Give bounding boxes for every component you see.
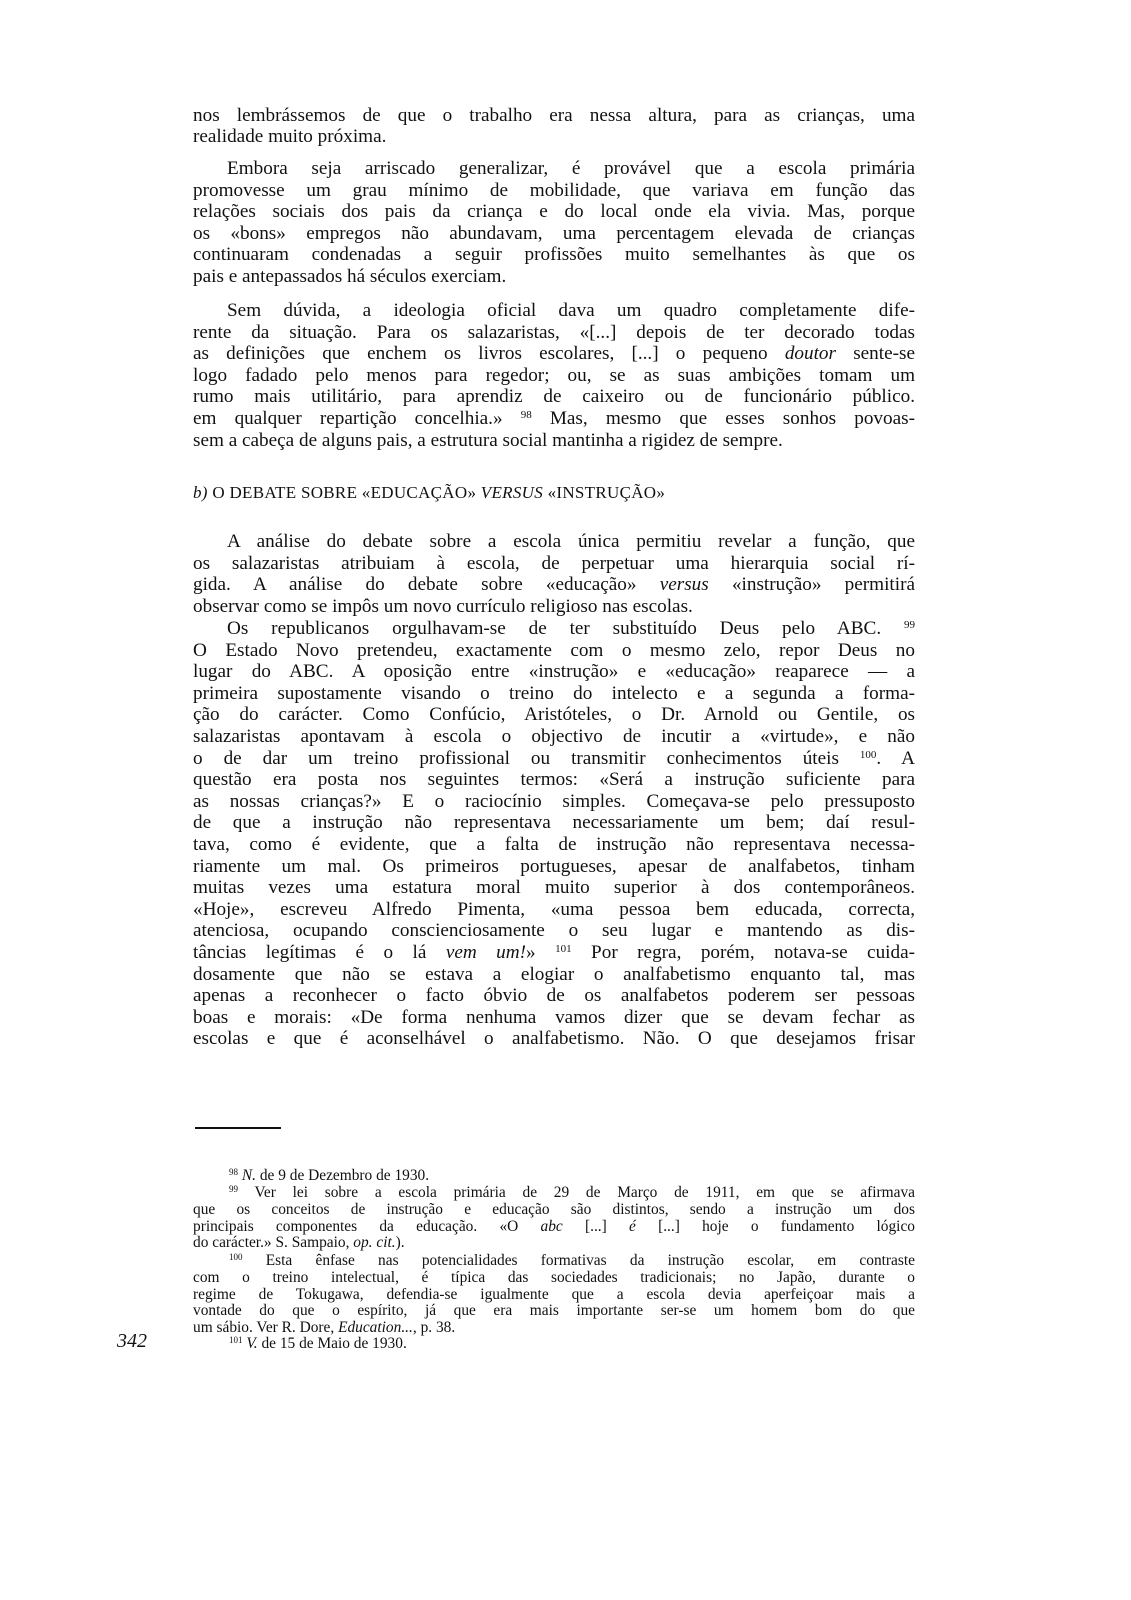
text-segment: . A bbox=[876, 748, 915, 769]
text-segment: Esta ênfase nas potencialidades formativ… bbox=[243, 1252, 916, 1269]
text-segment: Ver lei sobre a escola primária de 29 de… bbox=[238, 1184, 915, 1201]
text-line: relações sociais dos pais da criança e d… bbox=[193, 201, 915, 223]
text-segment: Por regra, porém, notava-se cuida- bbox=[572, 942, 915, 963]
italic-term: abc bbox=[541, 1218, 563, 1235]
footnote-line: 101 V. de 15 de Maio de 1930. bbox=[193, 1336, 915, 1353]
footnote-line: 100 Esta ênfase nas potencialidades form… bbox=[193, 1253, 915, 1270]
text-line: muitas vezes uma estatura moral muito su… bbox=[193, 877, 915, 899]
text-segment: em qualquer repartição concelhia.» bbox=[193, 408, 521, 429]
heading-italic: VERSUS bbox=[481, 483, 543, 502]
text-line: escolas e que é aconselhável o analfabet… bbox=[193, 1028, 915, 1050]
text-line: logo fadado pelo menos para regedor; ou,… bbox=[193, 365, 915, 387]
footnote-number: 100 bbox=[229, 1252, 243, 1262]
paragraph-continuation-end: realidade muito próxima. bbox=[193, 126, 915, 148]
text-line: de que a instrução não representava nece… bbox=[193, 812, 915, 834]
text-line: continuaram condenadas a seguir profissõ… bbox=[193, 244, 915, 266]
footnote-line: do carácter.» S. Sampaio, op. cit.). bbox=[193, 1235, 915, 1252]
footnote-ref-101[interactable]: 101 bbox=[555, 943, 572, 955]
document-page: nos lembrássemos de que o trabalho era n… bbox=[0, 0, 1131, 1600]
text-line: rumo mais utilitário, para aprendiz de c… bbox=[193, 386, 915, 408]
text-line: riamente um mal. Os primeiros portuguese… bbox=[193, 856, 915, 878]
paragraph-continuation: nos lembrássemos de que o trabalho era n… bbox=[193, 105, 915, 127]
text-segment: do carácter.» S. Sampaio, bbox=[193, 1234, 353, 1251]
italic-term: op. cit. bbox=[353, 1234, 395, 1251]
italic-term: doutor bbox=[785, 343, 836, 364]
footnote-line: regime de Tokugawa, defendia-se igualmen… bbox=[193, 1287, 915, 1304]
text-line: O Estado Novo pretendeu, exactamente com… bbox=[193, 640, 915, 662]
footnote-line: principais componentes da educação. «O a… bbox=[193, 1219, 915, 1236]
text-line: rente da situação. Para os salazaristas,… bbox=[193, 322, 915, 344]
text-line: realidade muito próxima. bbox=[193, 126, 915, 148]
text-line: os «bons» empregos não abundavam, uma pe… bbox=[193, 223, 915, 245]
italic-term: N. bbox=[242, 1167, 256, 1184]
text-segment: sente-se bbox=[836, 343, 915, 364]
text-line: lugar do ABC. A oposição entre «instruçã… bbox=[193, 661, 915, 683]
text-segment: » bbox=[526, 942, 555, 963]
text-line: questão era posta nos seguintes termos: … bbox=[193, 769, 915, 791]
text-line: observar como se impôs um novo currículo… bbox=[193, 596, 915, 618]
footnote-number: 101 bbox=[229, 1335, 243, 1345]
text-line: «Hoje», escreveu Alfredo Pimenta, «uma p… bbox=[193, 899, 915, 921]
text-segment: um sábio. Ver R. Dore, bbox=[193, 1319, 338, 1336]
text-line: dosamente que não se estava a elogiar o … bbox=[193, 964, 915, 986]
page-number: 342 bbox=[117, 1330, 147, 1353]
italic-term: vem um! bbox=[446, 942, 526, 963]
text-line: as definições que enchem os livros escol… bbox=[193, 343, 915, 365]
text-line: boas e morais: «De forma nenhuma vamos d… bbox=[193, 1007, 915, 1029]
paragraph-analise: A análise do debate sobre a escola única… bbox=[193, 531, 915, 617]
footnote-ref-99[interactable]: 99 bbox=[904, 619, 915, 631]
text-line: primeira supostamente visando o treino d… bbox=[193, 683, 915, 705]
footnote-99: 99 Ver lei sobre a escola primária de 29… bbox=[193, 1185, 915, 1252]
footnote-line: que os conceitos de instrução e educação… bbox=[193, 1202, 915, 1219]
footnote-number: 99 bbox=[229, 1184, 238, 1194]
text-line: Os republicanos orgulhavam-se de ter sub… bbox=[193, 618, 915, 640]
text-line: salazaristas apontavam à escola o object… bbox=[193, 726, 915, 748]
text-segment: ). bbox=[396, 1234, 405, 1251]
text-line: os salazaristas atribuiam à escola, de p… bbox=[193, 553, 915, 575]
text-segment: gida. A análise do debate sobre «educaçã… bbox=[193, 574, 660, 595]
text-segment: Os republicanos orgulhavam-se de ter sub… bbox=[227, 618, 904, 639]
paragraph-embora: Embora seja arriscado generalizar, é pro… bbox=[193, 158, 915, 288]
text-segment: [...] bbox=[563, 1218, 629, 1235]
text-line: promovesse um grau mínimo de mobilidade,… bbox=[193, 180, 915, 202]
footnote-number: 98 bbox=[229, 1167, 238, 1177]
text-line: apenas a reconhecer o facto óbvio de os … bbox=[193, 985, 915, 1007]
footnote-line: vontade do que o espírito, já que era ma… bbox=[193, 1303, 915, 1320]
text-line: atenciosa, ocupando conscienciosamente o… bbox=[193, 920, 915, 942]
footnote-line: 99 Ver lei sobre a escola primária de 29… bbox=[193, 1185, 915, 1202]
text-line: pais e antepassados há séculos exerciam. bbox=[193, 266, 915, 288]
text-line: tava, como é evidente, que a falta de in… bbox=[193, 834, 915, 856]
text-line: Sem dúvida, a ideologia oficial dava um … bbox=[193, 300, 915, 322]
text-segment: Mas, mesmo que esses sonhos povoas- bbox=[532, 408, 915, 429]
text-line: o de dar um treino profissional ou trans… bbox=[193, 748, 915, 770]
italic-term: é bbox=[629, 1218, 636, 1235]
footnote-separator bbox=[195, 1127, 281, 1129]
footnote-ref-100[interactable]: 100 bbox=[860, 749, 877, 761]
text-segment: , p. 38. bbox=[413, 1319, 455, 1336]
text-segment: de 9 de Dezembro de 1930. bbox=[256, 1167, 429, 1184]
heading-prefix: b) bbox=[193, 483, 208, 502]
footnote-100: 100 Esta ênfase nas potencialidades form… bbox=[193, 1253, 915, 1337]
text-segment: «instrução» permitirá bbox=[709, 574, 915, 595]
footnote-line: 98 N. de 9 de Dezembro de 1930. bbox=[193, 1168, 915, 1185]
footnote-98: 98 N. de 9 de Dezembro de 1930. bbox=[193, 1168, 915, 1185]
footnote-101: 101 V. de 15 de Maio de 1930. bbox=[193, 1336, 915, 1353]
italic-term: V. bbox=[246, 1335, 257, 1352]
text-line: as nossas crianças?» E o raciocínio simp… bbox=[193, 791, 915, 813]
italic-term: versus bbox=[660, 574, 709, 595]
text-segment: tâncias legítimas é o lá bbox=[193, 942, 446, 963]
text-segment: de 15 de Maio de 1930. bbox=[258, 1335, 407, 1352]
footnote-line: com o treino intelectual, é típica das s… bbox=[193, 1270, 915, 1287]
text-line: ção do carácter. Como Confúcio, Aristóte… bbox=[193, 704, 915, 726]
paragraph-sem-duvida: Sem dúvida, a ideologia oficial dava um … bbox=[193, 300, 915, 451]
text-segment: [...] hoje o fundamento lógico bbox=[636, 1218, 915, 1235]
text-segment: as definições que enchem os livros escol… bbox=[193, 343, 785, 364]
text-line: Embora seja arriscado generalizar, é pro… bbox=[193, 158, 915, 180]
text-line: sem a cabeça de alguns pais, a estrutura… bbox=[193, 430, 915, 452]
text-line: gida. A análise do debate sobre «educaçã… bbox=[193, 574, 915, 596]
footnote-ref-98[interactable]: 98 bbox=[521, 409, 532, 421]
text-segment: principais componentes da educação. «O bbox=[193, 1218, 541, 1235]
text-line: tâncias legítimas é o lá vem um!» 101 Po… bbox=[193, 942, 915, 964]
section-heading: b) O DEBATE SOBRE «EDUCAÇÃO» VERSUS «INS… bbox=[193, 483, 665, 503]
heading-text: O DEBATE SOBRE «EDUCAÇÃO» bbox=[208, 483, 481, 502]
paragraph-republicanos: Os republicanos orgulhavam-se de ter sub… bbox=[193, 618, 915, 1050]
text-line: A análise do debate sobre a escola única… bbox=[193, 531, 915, 553]
italic-term: Education... bbox=[338, 1319, 413, 1336]
heading-text: «INSTRUÇÃO» bbox=[543, 483, 665, 502]
text-segment: o de dar um treino profissional ou trans… bbox=[193, 748, 860, 769]
text-line: nos lembrássemos de que o trabalho era n… bbox=[193, 105, 915, 127]
text-line: em qualquer repartição concelhia.» 98 Ma… bbox=[193, 408, 915, 430]
